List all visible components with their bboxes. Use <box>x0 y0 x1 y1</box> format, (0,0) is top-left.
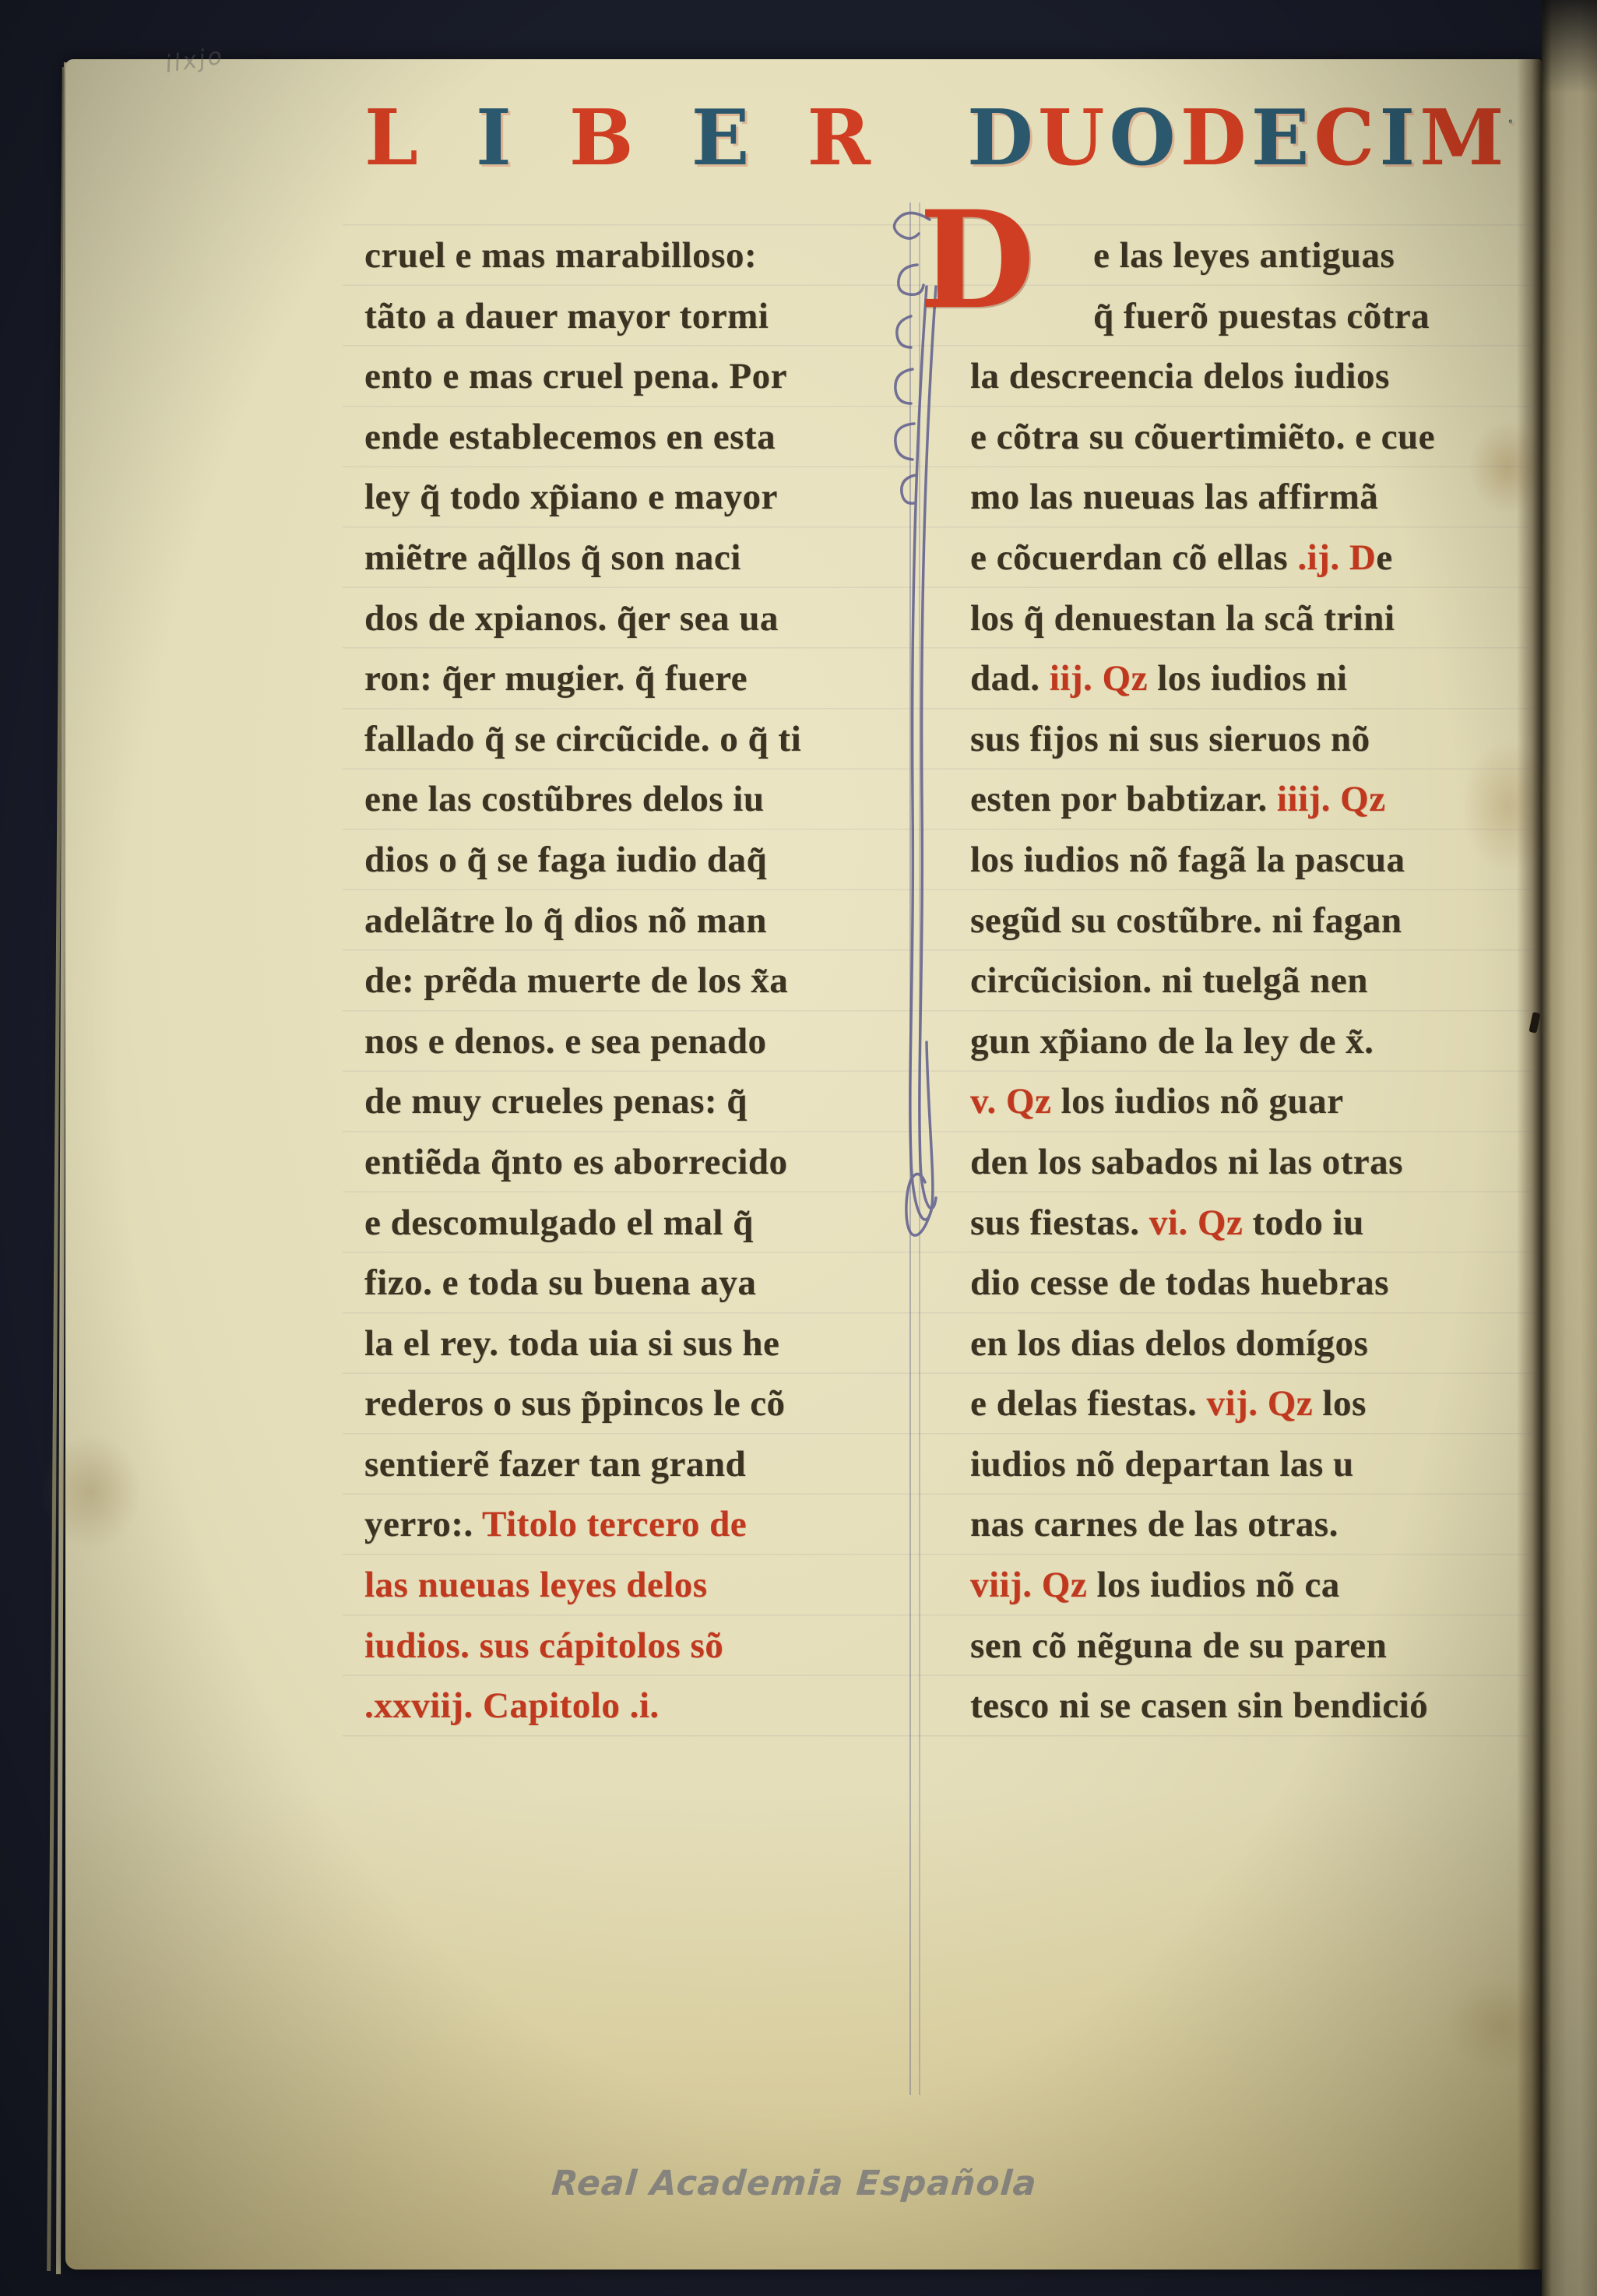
rubric-segment: viij. Qz <box>970 1565 1096 1605</box>
text-segment: entiẽda q̃nto es aborrecido <box>364 1142 787 1182</box>
text-line: tãto a dauer mayor tormi <box>364 287 914 347</box>
rubric-segment: v. Qz <box>970 1081 1061 1122</box>
text-segment: los iudios nõ ca <box>1096 1565 1339 1605</box>
text-line: sentierẽ fazer tan grand <box>364 1435 914 1495</box>
running-title-letter: M <box>1419 100 1504 178</box>
facing-page-edge <box>1542 0 1597 2296</box>
running-title-letter: I <box>1379 100 1415 178</box>
text-line: gun xp̃iano de la ley de x̃. <box>970 1012 1528 1072</box>
text-line: de: prẽda muerte de los x̃a <box>364 951 914 1012</box>
text-line: esten por babtizar. iiij. Qz <box>970 769 1528 830</box>
text-line: rederos o sus p̃pincos le cõ <box>364 1374 914 1435</box>
text-segment: e descomulgado el mal q̃ <box>364 1203 754 1243</box>
text-segment: dad. <box>970 658 1050 699</box>
rubric-segment: .xxviij. Capitolo .i. <box>364 1685 660 1726</box>
rubric-segment: las nueuas leyes delos <box>364 1565 708 1605</box>
text-segment: los iudios nõ fagã la pascua <box>970 840 1405 880</box>
text-column-2: e las leyes antiguasq̃ fuerõ puestas cõt… <box>970 226 1528 1737</box>
text-line: iudios. sus cápitolos sõ <box>364 1616 914 1677</box>
text-line: ento e mas cruel pena. Por <box>364 347 914 407</box>
text-line: ron: q̃er mugier. q̃ fuere <box>364 649 914 710</box>
text-line: dios o q̃ se faga iudio daq̃ <box>364 830 914 891</box>
text-segment: den los sabados ni las otras <box>970 1142 1403 1182</box>
running-title-letter: O <box>1109 100 1175 178</box>
text-line: sen cõ nẽguna de su paren <box>970 1616 1528 1677</box>
text-segment: ley q̃ todo xp̃iano e mayor <box>364 477 778 517</box>
rubric-segment: iij. Qz <box>1050 658 1157 699</box>
text-segment: dios o q̃ se faga iudio daq̃ <box>364 840 767 880</box>
running-title-letter: D <box>1180 100 1247 178</box>
text-line: los iudios nõ fagã la pascua <box>970 830 1528 891</box>
text-segment: sus fijos ni sus sieruos nõ <box>970 719 1370 759</box>
running-title-letter: I <box>476 100 512 178</box>
text-segment: esten por babtizar. <box>970 779 1277 819</box>
text-segment: dos de xpianos. q̃er sea ua <box>364 598 779 639</box>
text-segment: gun xp̃iano de la ley de x̃. <box>970 1021 1374 1062</box>
facing-page-shade <box>1542 0 1597 93</box>
text-line: ende establecemos en esta <box>364 407 914 468</box>
text-segment: ento e mas cruel pena. Por <box>364 356 787 396</box>
text-line: circũcision. ni tuelgã nen <box>970 951 1528 1012</box>
text-line: den los sabados ni las otras <box>970 1132 1528 1193</box>
running-title-letter: L <box>364 100 418 178</box>
running-title-letter: R <box>807 100 871 178</box>
text-segment: de muy crueles penas: q̃ <box>364 1081 747 1122</box>
text-line: sus fijos ni sus sieruos nõ <box>970 710 1528 770</box>
text-segment: yerro:. <box>364 1504 482 1544</box>
text-line: tesco ni se casen sin bendició <box>970 1676 1528 1737</box>
text-segment: sen cõ nẽguna de su paren <box>970 1625 1387 1666</box>
text-line: e cõtra su cõuertimiẽto. e cue <box>970 407 1528 468</box>
text-line: e descomulgado el mal q̃ <box>364 1193 914 1254</box>
text-line: ley q̃ todo xp̃iano e mayor <box>364 467 914 528</box>
text-segment: tesco ni se casen sin bendició <box>970 1685 1428 1726</box>
text-column-1: cruel e mas marabilloso:tãto a dauer may… <box>364 226 914 1737</box>
text-line: en los dias delos domígos <box>970 1314 1528 1375</box>
text-line: sus fiestas. vi. Qz todo iu <box>970 1193 1528 1254</box>
text-segment: rederos o sus p̃pincos le cõ <box>364 1383 786 1424</box>
text-segment: la descreencia delos iudios <box>970 356 1390 396</box>
running-title-letter: E <box>691 100 750 178</box>
text-segment: iudios nõ departan las u <box>970 1444 1354 1484</box>
text-segment: e las leyes antiguas <box>1093 235 1395 276</box>
text-line: dad. iij. Qz los iudios ni <box>970 649 1528 710</box>
text-segment: fizo. e toda su buena aya <box>364 1262 756 1303</box>
text-segment: cruel e mas marabilloso: <box>364 235 757 276</box>
text-line: la descreencia delos iudios <box>970 347 1528 407</box>
text-line: ene las costũbres delos iu <box>364 769 914 830</box>
text-segment: e delas fiestas. <box>970 1383 1207 1424</box>
rubric-segment: vij. Qz <box>1207 1383 1323 1424</box>
text-segment: circũcision. ni tuelgã nen <box>970 960 1368 1001</box>
running-title-left: LIBER <box>364 100 871 178</box>
text-segment: fallado q̃ se circũcide. o q̃ ti <box>364 719 801 759</box>
running-title-letter: º <box>1509 100 1512 146</box>
text-segment: la el rey. toda uia si sus he <box>364 1323 779 1364</box>
text-line: la el rey. toda uia si sus he <box>364 1314 914 1375</box>
rubric-segment: iiij. Qz <box>1277 779 1386 819</box>
text-segment: de: prẽda muerte de los x̃a <box>364 960 788 1001</box>
text-segment: dio cesse de todas huebras <box>970 1262 1389 1303</box>
rubric-segment: vi. Qz <box>1149 1203 1253 1243</box>
text-segment: en los dias delos domígos <box>970 1323 1368 1364</box>
running-title-letter: C <box>1314 100 1374 178</box>
text-line: cruel e mas marabilloso: <box>364 226 914 287</box>
text-segment: miẽtre aq̃llos q̃ son naci <box>364 537 741 578</box>
text-segment: todo iu <box>1253 1203 1364 1243</box>
text-line: los q̃ denuestan la scã trini <box>970 589 1528 650</box>
text-segment: ron: q̃er mugier. q̃ fuere <box>364 658 747 699</box>
text-segment: los iudios nõ guar <box>1061 1081 1344 1122</box>
text-line: q̃ fuerõ puestas cõtra <box>970 287 1528 347</box>
text-segment: tãto a dauer mayor tormi <box>364 296 769 336</box>
text-line: las nueuas leyes delos <box>364 1555 914 1616</box>
rubric-segment: .ij. D <box>1297 537 1376 578</box>
running-title-letter: U <box>1038 100 1104 178</box>
rubric-segment: iudios. sus cápitolos sõ <box>364 1625 723 1666</box>
text-line: iudios nõ departan las u <box>970 1435 1528 1495</box>
text-segment: sus fiestas. <box>970 1203 1149 1243</box>
text-line: v. Qz los iudios nõ guar <box>970 1072 1528 1132</box>
text-segment: nos e denos. e sea penado <box>364 1021 767 1062</box>
text-segment: mo las nueuas las affirmã <box>970 477 1378 517</box>
text-segment: nas carnes de las otras. <box>970 1504 1338 1544</box>
text-line: fallado q̃ se circũcide. o q̃ ti <box>364 710 914 770</box>
text-segment: sentierẽ fazer tan grand <box>364 1444 746 1484</box>
running-title-right: DUODECIMº <box>967 100 1512 178</box>
text-line: e cõcuerdan cõ ellas .ij. De <box>970 528 1528 589</box>
running-title-letter: D <box>967 100 1033 178</box>
text-segment: e cõcuerdan cõ ellas <box>970 537 1297 578</box>
rubric-segment: Titolo tercero de <box>482 1504 747 1544</box>
text-line: nos e denos. e sea penado <box>364 1012 914 1072</box>
text-segment: ende establecemos en esta <box>364 417 776 457</box>
text-line: yerro:. Titolo tercero de <box>364 1495 914 1555</box>
text-line: entiẽda q̃nto es aborrecido <box>364 1132 914 1193</box>
text-line: miẽtre aq̃llos q̃ son naci <box>364 528 914 589</box>
text-segment: segũd su costũbre. ni fagan <box>970 900 1402 941</box>
running-title-letter: E <box>1251 100 1310 178</box>
text-line: adelãtre lo q̃ dios nõ man <box>364 891 914 952</box>
text-line: fizo. e toda su buena aya <box>364 1253 914 1314</box>
text-line: mo las nueuas las affirmã <box>970 467 1528 528</box>
text-line: e delas fiestas. vij. Qz los <box>970 1374 1528 1435</box>
watermark-text: Real Academia Española <box>536 2164 1053 2203</box>
text-line: dio cesse de todas huebras <box>970 1253 1528 1314</box>
text-line: nas carnes de las otras. <box>970 1495 1528 1555</box>
text-segment: adelãtre lo q̃ dios nõ man <box>364 900 767 941</box>
text-line: .xxviij. Capitolo .i. <box>364 1676 914 1737</box>
text-segment: q̃ fuerõ puestas cõtra <box>1093 296 1430 336</box>
text-segment: e <box>1376 537 1392 578</box>
text-line: segũd su costũbre. ni fagan <box>970 891 1528 952</box>
text-segment: los iudios ni <box>1157 658 1347 699</box>
text-line: viij. Qz los iudios nõ ca <box>970 1555 1528 1616</box>
text-segment: ene las costũbres delos iu <box>364 779 765 819</box>
text-line: de muy crueles penas: q̃ <box>364 1072 914 1132</box>
text-segment: e cõtra su cõuertimiẽto. e cue <box>970 417 1435 457</box>
running-title-letter: B <box>569 100 634 178</box>
text-segment: los <box>1322 1383 1366 1424</box>
text-segment: los q̃ denuestan la scã trini <box>970 598 1395 639</box>
text-line: dos de xpianos. q̃er sea ua <box>364 589 914 650</box>
text-line: e las leyes antiguas <box>970 226 1528 287</box>
